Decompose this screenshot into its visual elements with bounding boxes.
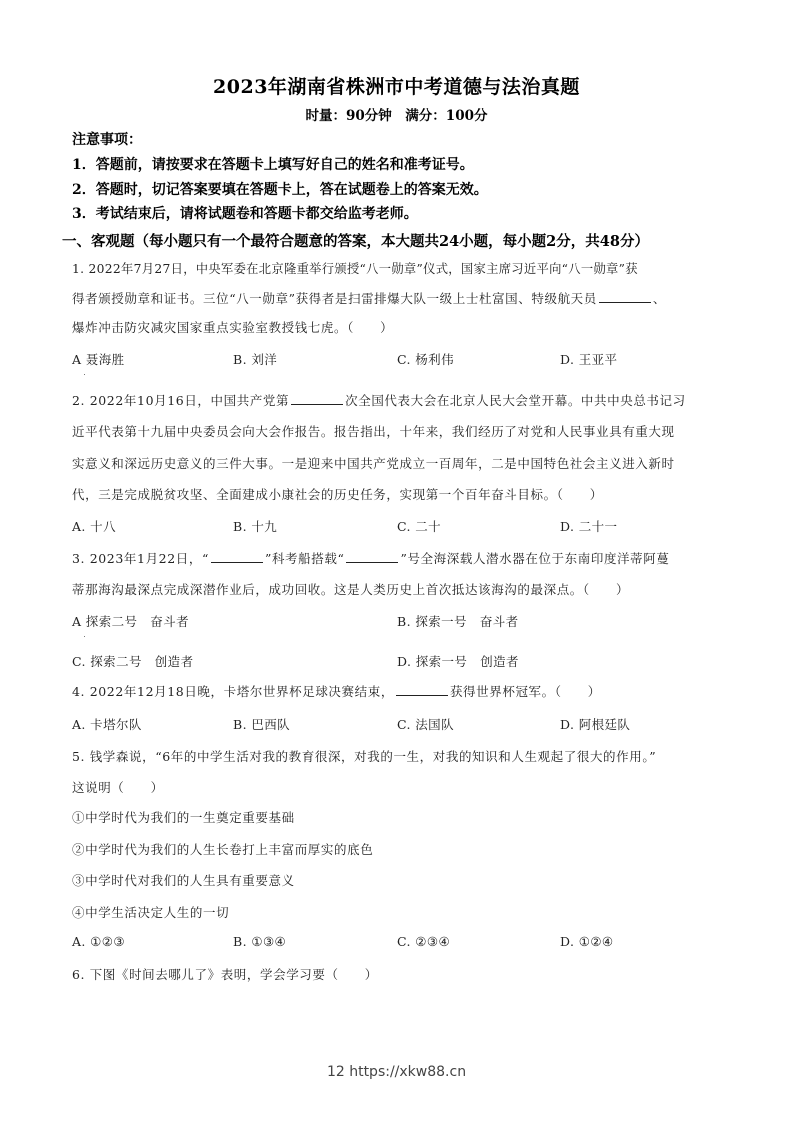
question-4-option-d: D. 阿根廷队	[560, 715, 630, 733]
question-1-line-2-text: 得者颁授勋章和证书。三位“八一勋章”获得者是扫雷排爆大队一级上士杜富国、特级航天…	[72, 291, 597, 306]
question-4-option-c: C. 法国队	[397, 715, 454, 733]
question-2-line-2: 近平代表第十九届中央委员会向大会作报告。报告指出，十年来，我们经历了对党和人民事…	[72, 422, 675, 440]
question-2-line-4: 代，三是完成脱贫攻坚、全面建成小康社会的历史任务，实现第一个百年奋斗目标。（ ）	[72, 485, 603, 503]
notice-item-2: 2．答题时，切记答案要填在答题卡上，答在试题卷上的答案无效。	[72, 179, 488, 199]
question-5-option-a: A. ①②③	[72, 934, 125, 949]
question-2-option-d: D. 二十一	[560, 517, 617, 535]
question-1-line-3: 爆炸冲击防灾减灾国家重点实验室教授钱七虎。（ ）	[72, 318, 393, 336]
question-4-option-a: A. 卡塔尔队	[72, 715, 142, 733]
question-2-line-3: 实意义和深远历史意义的三件大事。一是迎来中国共产党成立一百周年，二是中国特色社会…	[72, 454, 675, 472]
question-1-line-2: 得者颁授勋章和证书。三位“八一勋章”获得者是扫雷排爆大队一级上士杜富国、特级航天…	[72, 289, 666, 307]
question-4-option-b: B. 巴西队	[233, 715, 290, 733]
page-footer-watermark: 12 https://xkw88.cn	[0, 1064, 793, 1080]
question-6-line-1: 6. 下图《时间去哪儿了》表明，学会学习要（ ）	[72, 965, 378, 983]
answer-blank	[346, 550, 398, 563]
section-heading: 一、客观题（每小题只有一个最符合题意的答案，本大题共24小题，每小题2分，共48…	[62, 230, 649, 251]
question-3-option-b: B. 探索一号 奋斗者	[397, 612, 519, 630]
question-3-line-1: 3. 2023年1月22日，“”科考船搭载“”号全海深载人潜水器在位于东南印度洋…	[72, 549, 669, 567]
question-1-line-2-tail: 、	[653, 291, 666, 306]
answer-blank	[599, 290, 651, 303]
question-2-option-a: A. 十八	[72, 517, 116, 535]
question-1-option-a: A 聂海胜	[72, 350, 125, 368]
question-1-option-b: B. 刘洋	[233, 350, 277, 368]
answer-blank	[211, 550, 263, 563]
question-3-option-d: D. 探索一号 创造者	[397, 652, 519, 670]
question-5-option-c: C. ②③④	[397, 934, 450, 949]
notice-item-1: 1．答题前，请按要求在答题卡上填写好自己的姓名和准考证号。	[72, 154, 474, 174]
question-1-line-1: 1. 2022年7月27日，中央军委在北京隆重举行颁授“八一勋章”仪式，国家主席…	[72, 259, 638, 277]
notice-heading: 注意事项：	[72, 129, 142, 149]
question-4-line-1-tail: 获得世界杯冠军。（ ）	[450, 684, 601, 699]
question-1-option-c: C. 杨利伟	[397, 350, 454, 368]
question-5-line-1: 5. 钱学森说，“6年的中学生活对我的教育很深，对我的一生，对我的知识和人生观起…	[72, 747, 656, 765]
question-3-option-a: A 探索二号 奋斗者	[72, 612, 189, 630]
question-5-statement-3: ③中学时代对我们的人生具有重要意义	[72, 871, 295, 889]
question-3-option-c: C. 探索二号 创造者	[72, 652, 193, 670]
question-2-line-1-tail: 次全国代表大会在北京人民大会堂开幕。中共中央总书记习	[345, 393, 686, 408]
scan-mark	[84, 374, 85, 375]
question-4-line-1: 4. 2022年12月18日晚，卡塔尔世界杯足球决赛结束，获得世界杯冠军。（ ）	[72, 682, 601, 700]
answer-blank	[291, 392, 343, 405]
answer-blank	[396, 683, 448, 696]
exam-page: 2023年湖南省株洲市中考道德与法治真题 时量：90分钟 满分：100分 注意事…	[0, 0, 793, 1122]
notice-item-3: 3．考试结束后，请将试题卷和答题卡都交给监考老师。	[72, 203, 418, 223]
question-2-line-1-text: 2. 2022年10月16日，中国共产党第	[72, 393, 289, 408]
question-5-option-d: D. ①②④	[560, 934, 614, 949]
question-1-option-d: D. 王亚平	[560, 350, 617, 368]
question-5-line-2: 这说明（ ）	[72, 778, 164, 796]
question-5-statement-2: ②中学时代为我们的人生长卷打上丰富而厚实的底色	[72, 840, 373, 858]
question-3-line-1-mid: ”科考船搭载“	[265, 551, 344, 566]
question-4-line-1-text: 4. 2022年12月18日晚，卡塔尔世界杯足球决赛结束，	[72, 684, 394, 699]
question-3-line-1-text: 3. 2023年1月22日，“	[72, 551, 209, 566]
question-2-line-1: 2. 2022年10月16日，中国共产党第次全国代表大会在北京人民大会堂开幕。中…	[72, 391, 686, 409]
question-5-statement-4: ④中学生活决定人生的一切	[72, 903, 229, 921]
question-2-option-c: C. 二十	[397, 517, 441, 535]
exam-duration-score: 时量：90分钟 满分：100分	[0, 104, 793, 124]
question-3-line-1-tail: ”号全海深载人潜水器在位于东南印度洋蒂阿蔓	[400, 551, 669, 566]
scan-mark	[84, 636, 85, 637]
page-title: 2023年湖南省株洲市中考道德与法治真题	[0, 72, 793, 99]
question-3-line-2: 蒂那海沟最深点完成深潜作业后，成功回收。这是人类历史上首次抵达该海沟的最深点。（…	[72, 580, 629, 598]
question-2-option-b: B. 十九	[233, 517, 277, 535]
question-5-statement-1: ①中学时代为我们的一生奠定重要基础	[72, 808, 295, 826]
question-5-option-b: B. ①③④	[233, 934, 286, 949]
